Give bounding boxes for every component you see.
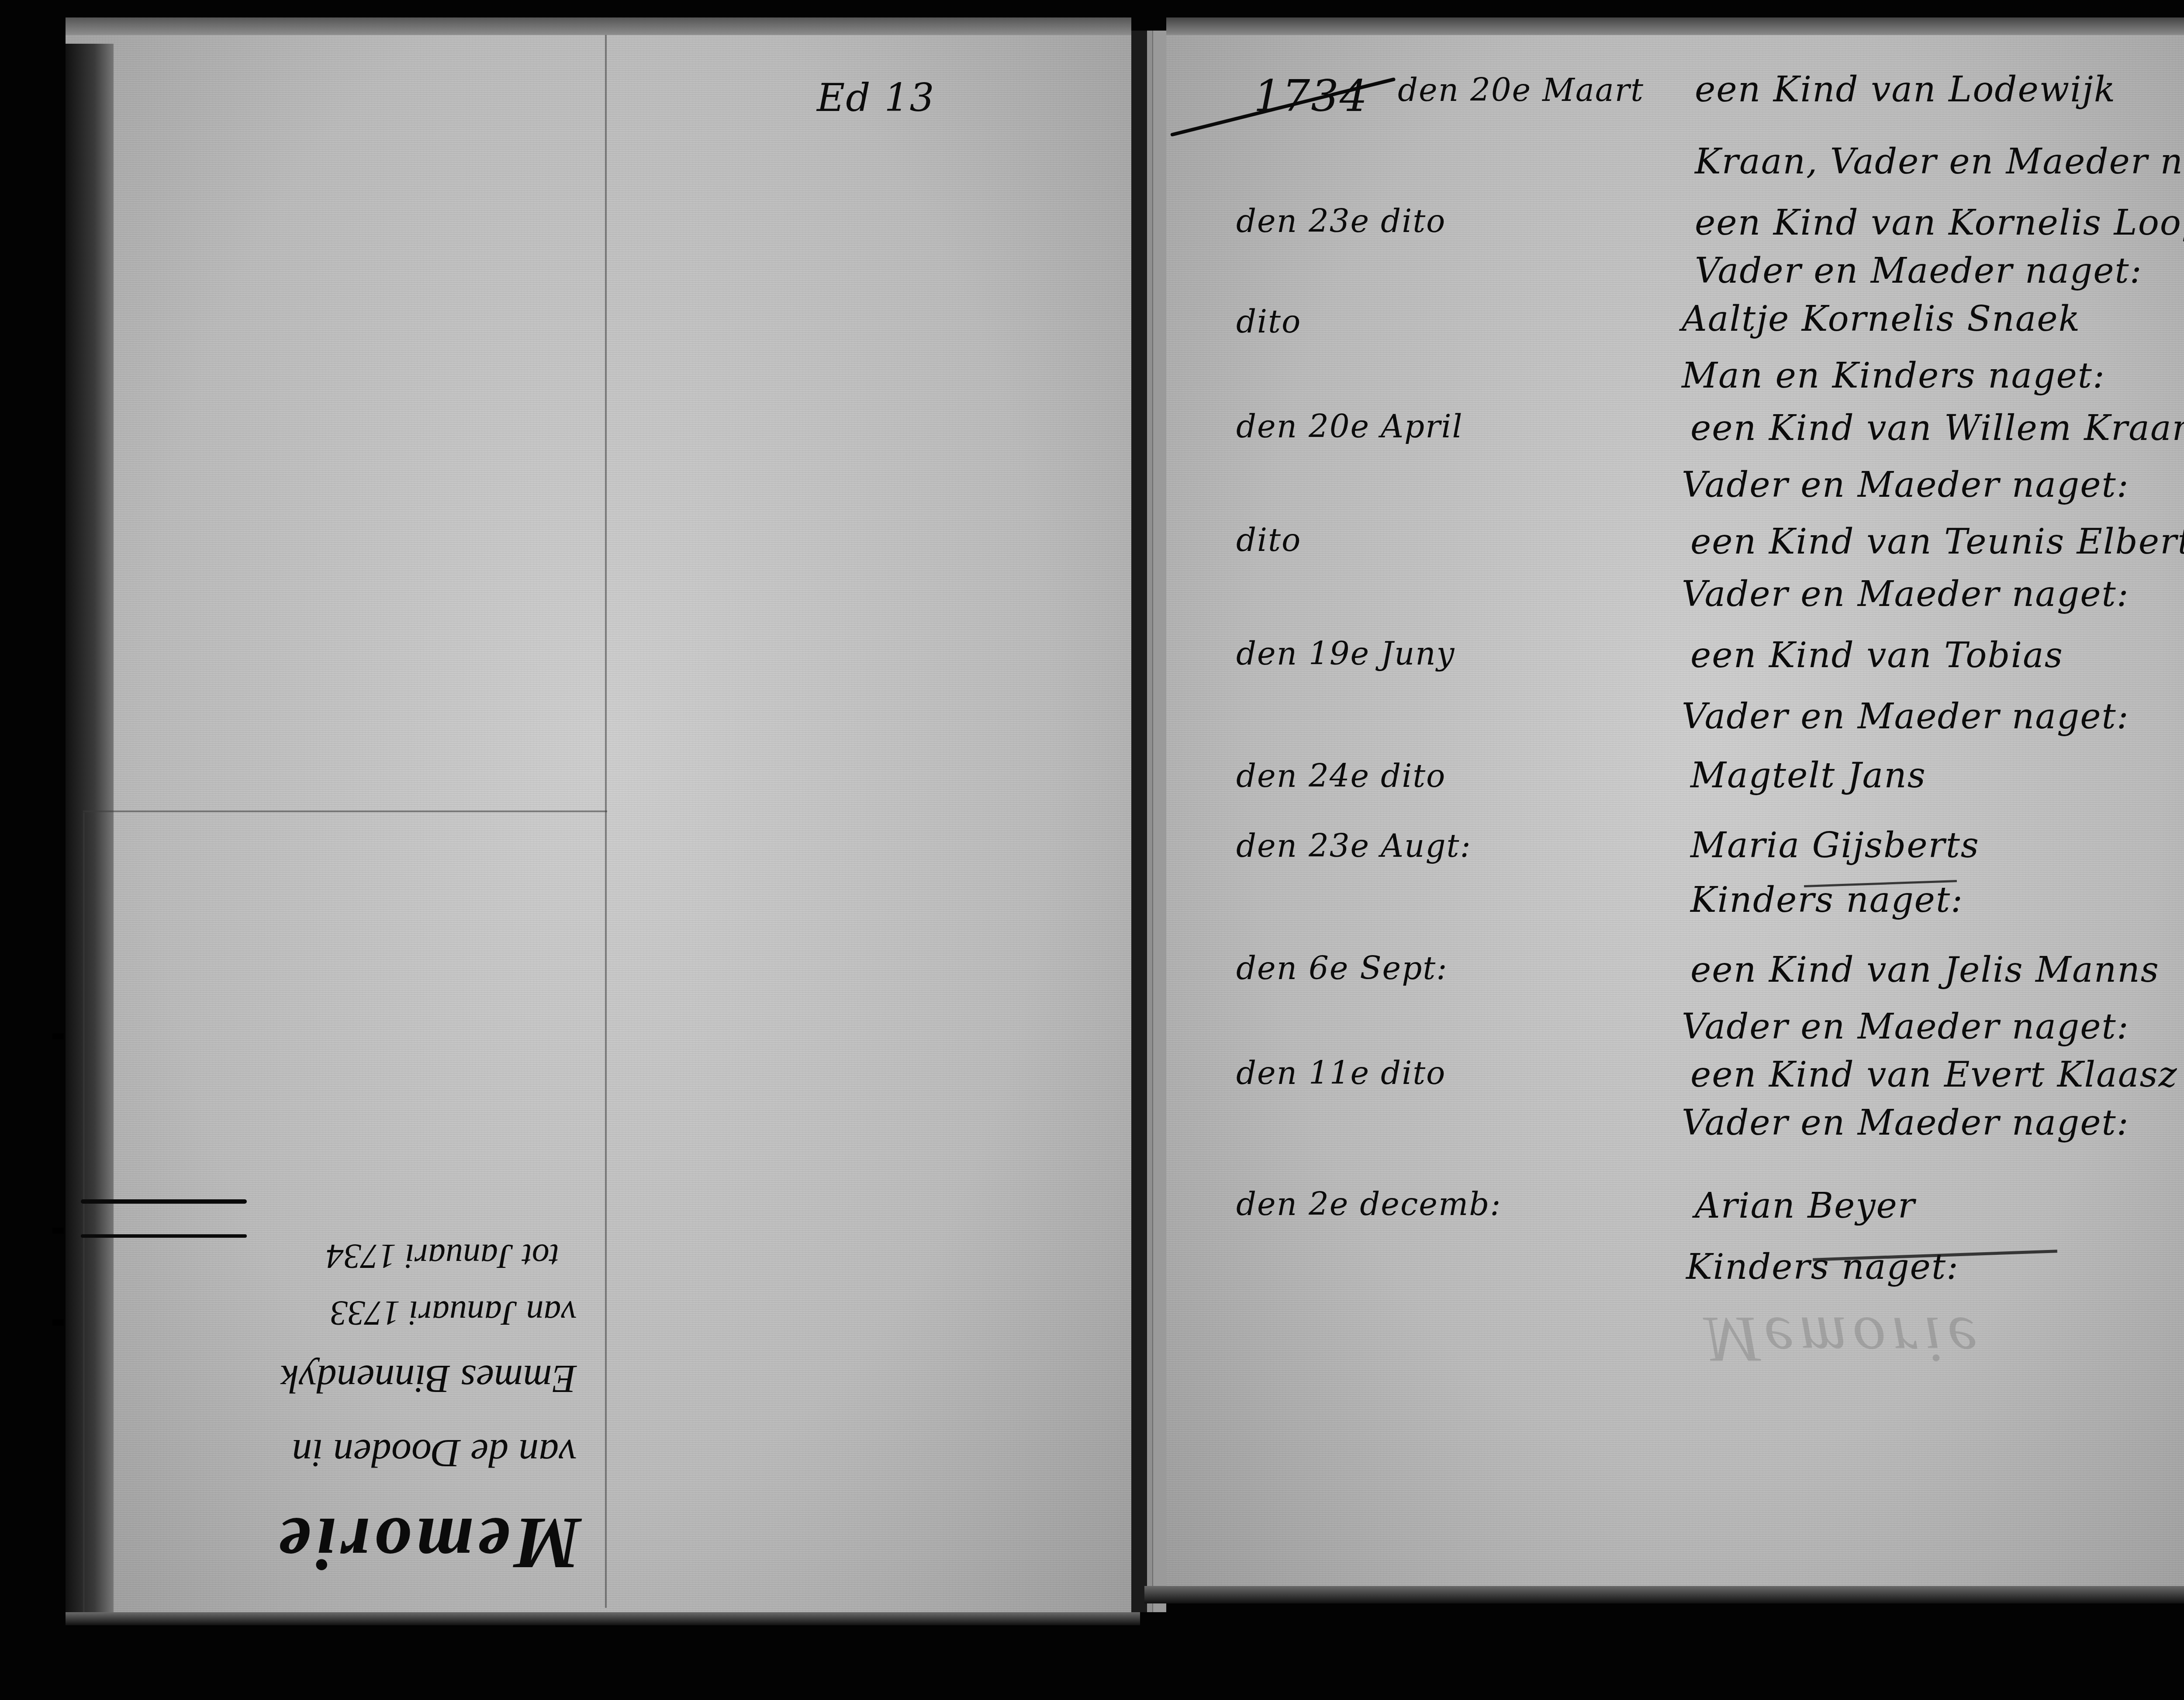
entry-date: den 11e dito [1236,1057,1446,1089]
entry-line: een Kind van Jelis Manns [1690,952,2160,987]
book-gutter [1131,31,1166,1612]
entry-line: een Kind van Willem Kraan [1690,411,2184,446]
entry-line: Vader en Maeder naget: [1682,467,2129,502]
entry-date: den 19e Juny [1236,638,1455,669]
left-page-horizontal-fold [83,810,607,812]
entry-line: een Kind van Kornelis Loogen [1695,205,2184,240]
entry-date: den 20e April [1236,411,1463,442]
title-line-2: van de Dooden in [292,1430,577,1477]
entry-line: Maria Gijsberts [1690,828,1980,863]
entry-date: dito [1236,306,1301,337]
entry-line: een Kind van Lodewijk [1695,72,2116,107]
entry-line: Vader en Maeder naget: [1682,699,2129,734]
upside-down-title-block: Memorie van de Dooden in Emmes Binnendyk… [83,1215,607,1586]
entry-line: Man en Kinders naget: [1682,358,2105,393]
margin-tick-mark [52,1228,64,1234]
entry-date: den 24e dito [1236,760,1446,792]
entry-line: een Kind van Teunis Elberts [1690,524,2184,559]
left-page-bottom-edge [66,1612,1140,1625]
entry-line: Kinders naget: [1690,883,1963,918]
entry-line: Vader en Maeder naget: [1682,1009,2129,1044]
entry-date: den 2e decemb: [1236,1188,1502,1220]
bleed-through-text: Memorie [1704,1302,1983,1377]
margin-tick-mark [52,1033,64,1039]
folio-mark: Ed 13 [817,79,935,117]
entry-date: den 6e Sept: [1236,952,1448,984]
right-page-top-edge [1166,17,2184,35]
title-line-4: van Januari 1733 [330,1293,577,1333]
margin-tick-mark [52,1319,64,1326]
title-memorie: Memorie [274,1501,581,1586]
entry-date: den 23e dito [1236,205,1446,237]
entry-line: een Kind van Tobias [1690,638,2063,673]
left-page-top-edge [66,17,1131,35]
entry-date: dito [1236,524,1301,556]
entry-date: den 23e Augt: [1236,830,1472,862]
title-line-5: tot Januari 1734 [326,1236,559,1276]
entry-line: Vader en Maeder naget: [1695,253,2143,288]
entry-line: Magtelt Jans [1690,758,1926,793]
entry-line: Aaltje Kornelis Snaek [1682,301,2080,336]
title-line-3: Emmes Binnendyk [281,1356,577,1402]
right-page-bottom-edge [1144,1586,2184,1603]
title-rule-upper [81,1199,247,1204]
entry-line: Vader en Maeder naget: [1682,1105,2129,1140]
entry-date: den 20e Maart [1398,74,1644,106]
entry-line: Arian Beyer [1695,1188,1915,1223]
entry-line: een Kind van Evert Klaasz [1690,1057,2178,1092]
entry-line: Kraan, Vader en Maeder naget: [1695,144,2184,179]
entry-line: Vader en Maeder naget: [1682,577,2129,612]
